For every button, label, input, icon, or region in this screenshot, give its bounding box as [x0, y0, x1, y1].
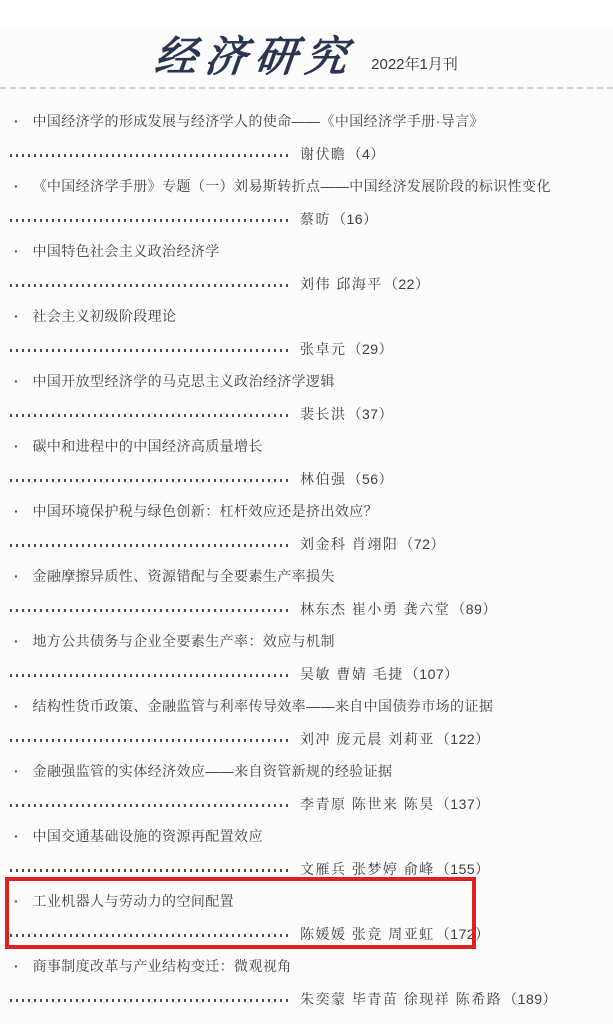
toc-entry: · 工业机器人与劳动力的空间配置 陈媛媛 张竞 周亚虹 （172） [0, 885, 613, 950]
article-page-number: （37） [348, 404, 394, 424]
toc-list: · 中国经济学的形成发展与经济学人的使命——《中国经济学手册·导言》 谢伏瞻 （… [0, 89, 613, 1015]
bullet-icon: · [14, 300, 28, 333]
toc-entry: · 社会主义初级阶段理论 张卓元 （29） [0, 300, 613, 365]
toc-entry: · 中国交通基础设施的资源再配置效应 文雁兵 张梦婷 俞峰 （155） [0, 820, 613, 885]
toc-entry: · 中国特色社会主义政治经济学 刘伟 邱海平 （22） [0, 235, 613, 300]
article-title: 《中国经济学手册》专题（一）刘易斯转折点——中国经济发展阶段的标识性变化 [32, 178, 550, 194]
title-row: · 中国经济学的形成发展与经济学人的使命——《中国经济学手册·导言》 [0, 105, 613, 138]
bullet-icon: · [14, 950, 28, 983]
article-authors: 李青原 陈世来 陈昊 [300, 794, 435, 814]
dot-leader [10, 934, 290, 937]
dot-leader [10, 674, 290, 677]
title-row: · 结构性货币政策、金融监管与利率传导效率——来自中国债券市场的证据 [0, 690, 613, 723]
author-row: 吴敏 曹婧 毛捷 （107） [0, 658, 613, 690]
bullet-icon: · [14, 430, 28, 463]
toc-entry: · 商事制度改革与产业结构变迁：微观视角 朱奕蒙 毕青苗 徐现祥 陈希路 （18… [0, 950, 613, 1015]
bullet-icon: · [14, 560, 28, 593]
article-page-number: （4） [348, 144, 385, 164]
toc-entry: · 金融强监管的实体经济效应——来自资管新规的经验证据 李青原 陈世来 陈昊 （… [0, 755, 613, 820]
article-page-number: （89） [451, 599, 497, 619]
toc-entry: · 结构性货币政策、金融监管与利率传导效率——来自中国债券市场的证据 刘冲 庞元… [0, 690, 613, 755]
article-title: 中国经济学的形成发展与经济学人的使命——《中国经济学手册·导言》 [32, 113, 483, 129]
author-row: 裴长洪 （37） [0, 398, 613, 430]
title-row: · 金融强监管的实体经济效应——来自资管新规的经验证据 [0, 755, 613, 788]
article-title: 中国环境保护税与绿色创新：杠杆效应还是挤出效应？ [32, 503, 378, 519]
title-row: · 中国环境保护税与绿色创新：杠杆效应还是挤出效应？ [0, 495, 613, 528]
dot-leader [10, 804, 290, 807]
bullet-icon: · [14, 365, 28, 398]
title-row: · 《中国经济学手册》专题（一）刘易斯转折点——中国经济发展阶段的标识性变化 [0, 170, 613, 203]
author-row: 刘伟 邱海平 （22） [0, 268, 613, 300]
title-row: · 金融摩擦异质性、资源错配与全要素生产率损失 [0, 560, 613, 593]
title-row: · 中国开放型经济学的马克思主义政治经济学逻辑 [0, 365, 613, 398]
dot-leader [10, 544, 290, 547]
article-page-number: （29） [348, 339, 394, 359]
article-page-number: （189） [503, 989, 557, 1009]
title-row: · 地方公共债务与企业全要素生产率：效应与机制 [0, 625, 613, 658]
article-title: 中国开放型经济学的马克思主义政治经济学逻辑 [32, 373, 334, 389]
author-row: 朱奕蒙 毕青苗 徐现祥 陈希路 （189） [0, 983, 613, 1015]
article-authors: 刘伟 邱海平 [300, 274, 383, 294]
title-row: · 社会主义初级阶段理论 [0, 300, 613, 333]
author-row: 文雁兵 张梦婷 俞峰 （155） [0, 853, 613, 885]
article-page-number: （137） [436, 794, 490, 814]
masthead: 经济研究 2022年1月刊 [0, 30, 613, 78]
author-row: 张卓元 （29） [0, 333, 613, 365]
article-title: 结构性货币政策、金融监管与利率传导效率——来自中国债券市场的证据 [32, 698, 493, 714]
article-page-number: （107） [405, 664, 459, 684]
article-authors: 朱奕蒙 毕青苗 徐现祥 陈希路 [300, 989, 502, 1009]
bullet-icon: · [14, 885, 28, 918]
toc-page: 经济研究 2022年1月刊 · 中国经济学的形成发展与经济学人的使命——《中国经… [0, 0, 613, 1024]
author-row: 林伯强 （56） [0, 463, 613, 495]
article-authors: 林东杰 崔小勇 龚六堂 [300, 599, 450, 619]
title-row: · 中国特色社会主义政治经济学 [0, 235, 613, 268]
article-title: 工业机器人与劳动力的空间配置 [32, 893, 234, 909]
author-row: 刘冲 庞元晨 刘莉亚 （122） [0, 723, 613, 755]
toc-entry: · 中国环境保护税与绿色创新：杠杆效应还是挤出效应？ 刘金科 肖翊阳 （72） [0, 495, 613, 560]
author-row: 陈媛媛 张竞 周亚虹 （172） [0, 918, 613, 950]
dot-leader [10, 154, 290, 157]
article-title: 金融摩擦异质性、资源错配与全要素生产率损失 [32, 568, 334, 584]
article-page-number: （122） [436, 729, 490, 749]
toc-entry: · 中国经济学的形成发展与经济学人的使命——《中国经济学手册·导言》 谢伏瞻 （… [0, 105, 613, 170]
bullet-icon: · [14, 105, 28, 138]
dot-leader [10, 999, 290, 1002]
bullet-icon: · [14, 495, 28, 528]
title-row: · 工业机器人与劳动力的空间配置 [0, 885, 613, 918]
toc-entry: · 金融摩擦异质性、资源错配与全要素生产率损失 林东杰 崔小勇 龚六堂 （89） [0, 560, 613, 625]
issue-label: 2022年1月刊 [371, 53, 458, 78]
article-authors: 刘冲 庞元晨 刘莉亚 [300, 729, 435, 749]
article-page-number: （172） [436, 924, 490, 944]
dot-leader [10, 219, 290, 222]
article-authors: 裴长洪 [300, 404, 347, 424]
dot-leader [10, 284, 290, 287]
article-title: 地方公共债务与企业全要素生产率：效应与机制 [32, 633, 334, 649]
bullet-icon: · [14, 235, 28, 268]
article-authors: 刘金科 肖翊阳 [300, 534, 398, 554]
article-title: 社会主义初级阶段理论 [32, 308, 176, 324]
journal-logo: 经济研究 [153, 36, 357, 78]
title-row: · 商事制度改革与产业结构变迁：微观视角 [0, 950, 613, 983]
article-title: 中国特色社会主义政治经济学 [32, 243, 219, 259]
article-page-number: （22） [384, 274, 430, 294]
title-row: · 中国交通基础设施的资源再配置效应 [0, 820, 613, 853]
article-authors: 陈媛媛 张竞 周亚虹 [300, 924, 435, 944]
bullet-icon: · [14, 170, 28, 203]
article-title: 金融强监管的实体经济效应——来自资管新规的经验证据 [32, 763, 392, 779]
article-authors: 谢伏瞻 [300, 144, 347, 164]
article-authors: 吴敏 曹婧 毛捷 [300, 664, 404, 684]
dot-leader [10, 479, 290, 482]
article-title: 碳中和进程中的中国经济高质量增长 [32, 438, 262, 454]
author-row: 蔡昉 （16） [0, 203, 613, 235]
bullet-icon: · [14, 625, 28, 658]
dot-leader [10, 739, 290, 742]
author-row: 林东杰 崔小勇 龚六堂 （89） [0, 593, 613, 625]
dot-leader [10, 609, 290, 612]
toc-entry: · 碳中和进程中的中国经济高质量增长 林伯强 （56） [0, 430, 613, 495]
article-title: 中国交通基础设施的资源再配置效应 [32, 828, 262, 844]
article-authors: 蔡昉 [300, 209, 331, 229]
toc-entry: · 中国开放型经济学的马克思主义政治经济学逻辑 裴长洪 （37） [0, 365, 613, 430]
article-authors: 文雁兵 张梦婷 俞峰 [300, 859, 435, 879]
article-page-number: （56） [348, 469, 394, 489]
bullet-icon: · [14, 755, 28, 788]
author-row: 李青原 陈世来 陈昊 （137） [0, 788, 613, 820]
toc-entry: · 地方公共债务与企业全要素生产率：效应与机制 吴敏 曹婧 毛捷 （107） [0, 625, 613, 690]
article-page-number: （155） [436, 859, 490, 879]
bullet-icon: · [14, 690, 28, 723]
toc-entry: · 《中国经济学手册》专题（一）刘易斯转折点——中国经济发展阶段的标识性变化 蔡… [0, 170, 613, 235]
article-authors: 林伯强 [300, 469, 347, 489]
top-whitespace [0, 0, 613, 30]
dot-leader [10, 869, 290, 872]
article-page-number: （16） [332, 209, 378, 229]
bullet-icon: · [14, 820, 28, 853]
title-row: · 碳中和进程中的中国经济高质量增长 [0, 430, 613, 463]
article-title: 商事制度改革与产业结构变迁：微观视角 [32, 958, 291, 974]
dot-leader [10, 349, 290, 352]
article-authors: 张卓元 [300, 339, 347, 359]
author-row: 谢伏瞻 （4） [0, 138, 613, 170]
author-row: 刘金科 肖翊阳 （72） [0, 528, 613, 560]
dot-leader [10, 414, 290, 417]
article-page-number: （72） [399, 534, 445, 554]
